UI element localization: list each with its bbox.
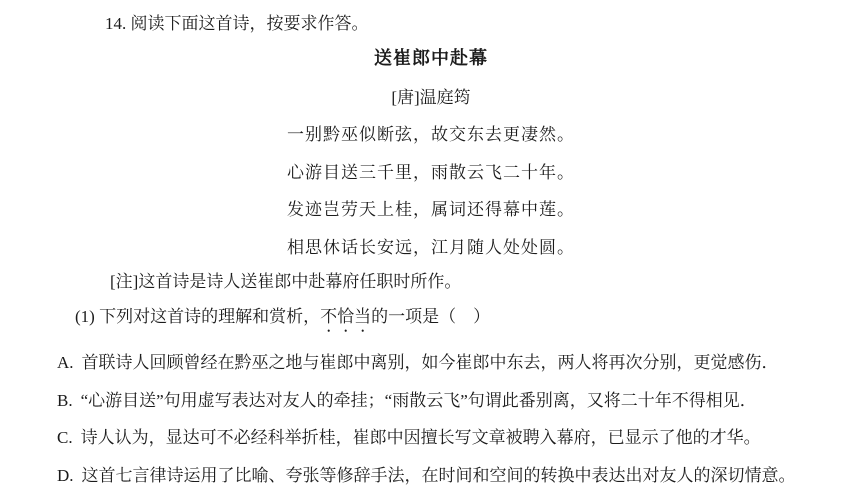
option-c: C.诗人认为，显达可不必经科举折桂，崔郎中因擅长写文章被聘入幕府，已显示了他的才… — [57, 428, 805, 448]
document-page: 14. 阅读下面这首诗，按要求作答。 送崔郎中赴幕 [唐]温庭筠 一别黔巫似断弦… — [0, 0, 845, 486]
option-text: 首联诗人回顾曾经在黔巫之地与崔郎中离别，如今崔郎中东去，两人将再次分别，更觉感伤… — [82, 353, 779, 372]
poem-line: 相思休话长安远，江月随人处处圆。 — [57, 238, 805, 258]
poem-line: 发迹岂劳天上桂，属词还得幕中莲。 — [57, 200, 805, 220]
option-text: “心游目送”句用虚写表达对友人的牵挂；“雨散云飞”句谓此番别离，又将二十年不得相… — [81, 391, 757, 410]
poem-block: 送崔郎中赴幕 [唐]温庭筠 一别黔巫似断弦，故交东去更凄然。 心游目送三千里，雨… — [57, 48, 805, 258]
sub-question-prefix: (1) 下列对这首诗的理解和赏析， — [75, 307, 320, 326]
sub-question: (1) 下列对这首诗的理解和赏析，不恰当的一项是（ ） — [75, 307, 805, 336]
poem-line: 一别黔巫似断弦，故交东去更凄然。 — [57, 125, 805, 145]
option-text: 这首七言律诗运用了比喻、夸张等修辞手法，在时间和空间的转换中表达出对友人的深切情… — [82, 466, 796, 485]
option-b: B.“心游目送”句用虚写表达对友人的牵挂；“雨散云飞”句谓此番别离，又将二十年不… — [57, 391, 805, 411]
option-label: B. — [57, 391, 73, 410]
option-label: A. — [57, 353, 74, 372]
poem-line: 心游目送三千里，雨散云飞二十年。 — [57, 163, 805, 183]
poem-note: [注]这首诗是诗人送崔郎中赴幕府任职时所作。 — [110, 272, 805, 292]
poem-author: [唐]温庭筠 — [57, 88, 805, 108]
poem-title: 送崔郎中赴幕 — [57, 48, 805, 70]
option-text: 诗人认为，显达可不必经科举折桂，崔郎中因擅长写文章被聘入幕府，已显示了他的才华。 — [81, 428, 761, 447]
option-d: D.这首七言律诗运用了比喻、夸张等修辞手法，在时间和空间的转换中表达出对友人的深… — [57, 466, 805, 486]
option-label: D. — [57, 466, 74, 485]
sub-question-suffix: 的一项是（ ） — [371, 307, 490, 326]
option-label: C. — [57, 428, 73, 447]
sub-question-emphasized-text: 不恰当 — [320, 307, 371, 326]
option-a: A.首联诗人回顾曾经在黔巫之地与崔郎中离别，如今崔郎中东去，两人将再次分别，更觉… — [57, 353, 805, 373]
question-number-line: 14. 阅读下面这首诗，按要求作答。 — [105, 14, 805, 34]
